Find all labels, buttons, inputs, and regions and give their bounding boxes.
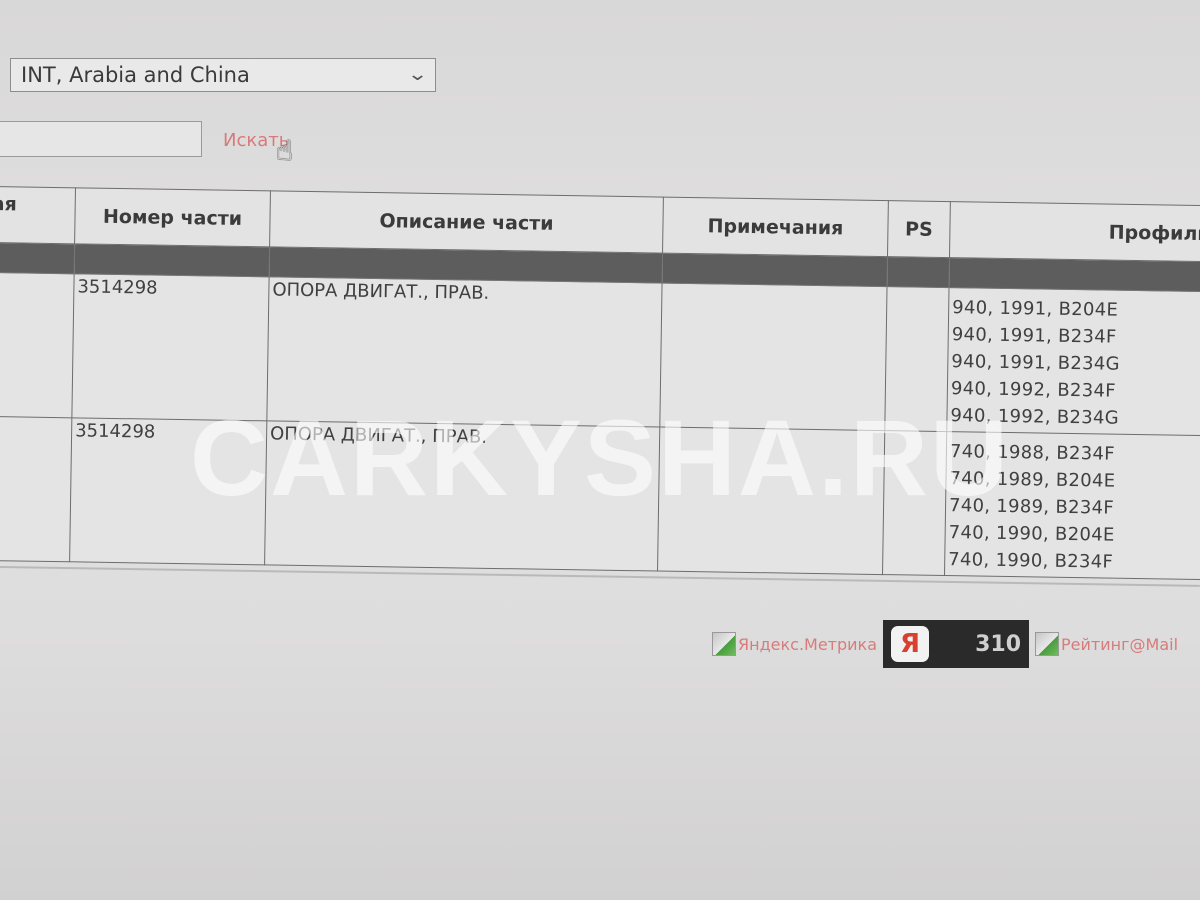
- profile-entry: 940, 1991, B204E: [952, 294, 1200, 325]
- parts-table-container: ая Номер части Описание части Примечания…: [0, 186, 1200, 580]
- profile-entry: 740, 1990, B234F: [948, 546, 1200, 577]
- table-row: 3514298ОПОРА ДВИГАТ., ПРАВ.940, 1991, B2…: [0, 272, 1200, 435]
- column-header-description: Описание части: [270, 191, 664, 253]
- hand-cursor-icon: ☝: [276, 134, 293, 167]
- column-header-ps: PS: [888, 201, 951, 258]
- profile-entry: 740, 1989, B234F: [949, 492, 1200, 523]
- cell-ps: [885, 287, 949, 432]
- profile-entry: 740, 1989, B204E: [949, 465, 1200, 496]
- profile-entry: 940, 1991, B234G: [951, 348, 1200, 379]
- visitor-count: 310: [975, 632, 1021, 657]
- chevron-down-icon[interactable]: ⌄: [407, 64, 428, 85]
- yandex-logo-icon: Я: [891, 626, 929, 662]
- cell-notes: [660, 283, 887, 431]
- profile-entry: 740, 1990, B204E: [948, 519, 1200, 550]
- table-row: 3514298ОПОРА ДВИГАТ., ПРАВ.740, 1988, B2…: [0, 416, 1200, 579]
- column-header-part-number: Номер части: [75, 188, 271, 247]
- column-header-profile: Профиль: [949, 202, 1200, 262]
- broken-image-icon: [1035, 632, 1059, 656]
- cell-ps: [883, 431, 947, 576]
- profile-entry: 940, 1992, B234F: [951, 375, 1200, 406]
- rating-mail-link[interactable]: Рейтинг@Mail: [1061, 635, 1178, 654]
- yandex-counter-badge[interactable]: Я 310: [883, 620, 1029, 668]
- cell-part-number: 3514298: [70, 418, 267, 565]
- cell-notes: [658, 427, 885, 575]
- column-header: ая: [0, 187, 75, 244]
- profile-entry: 940, 1991, B234F: [952, 321, 1200, 352]
- cell-part-number: 3514298: [72, 274, 269, 421]
- search-input[interactable]: [0, 121, 202, 157]
- parts-table: ая Номер части Описание части Примечания…: [0, 186, 1200, 580]
- profile-entry: 940, 1992, B234G: [950, 402, 1200, 433]
- cell-description: ОПОРА ДВИГАТ., ПРАВ.: [267, 277, 662, 427]
- yandex-metrika-link[interactable]: Яндекс.Метрика: [738, 635, 877, 654]
- footer-counters: Яндекс.Метрика Я 310 Рейтинг@Mail: [712, 620, 1178, 668]
- broken-image-icon: [712, 632, 736, 656]
- region-select-value: INT, Arabia and China: [21, 63, 250, 87]
- cell-profile: 940, 1991, B204E940, 1991, B234F940, 199…: [947, 288, 1200, 436]
- cell-profile: 740, 1988, B234F740, 1989, B204E740, 198…: [944, 432, 1200, 580]
- profile-entry: 740, 1988, B234F: [950, 438, 1200, 469]
- column-header-notes: Примечания: [663, 197, 889, 257]
- region-select[interactable]: INT, Arabia and China ⌄: [10, 58, 436, 92]
- cell-description: ОПОРА ДВИГАТ., ПРАВ.: [265, 421, 660, 571]
- cell-col0: [0, 272, 74, 417]
- cell-col0: [0, 416, 72, 561]
